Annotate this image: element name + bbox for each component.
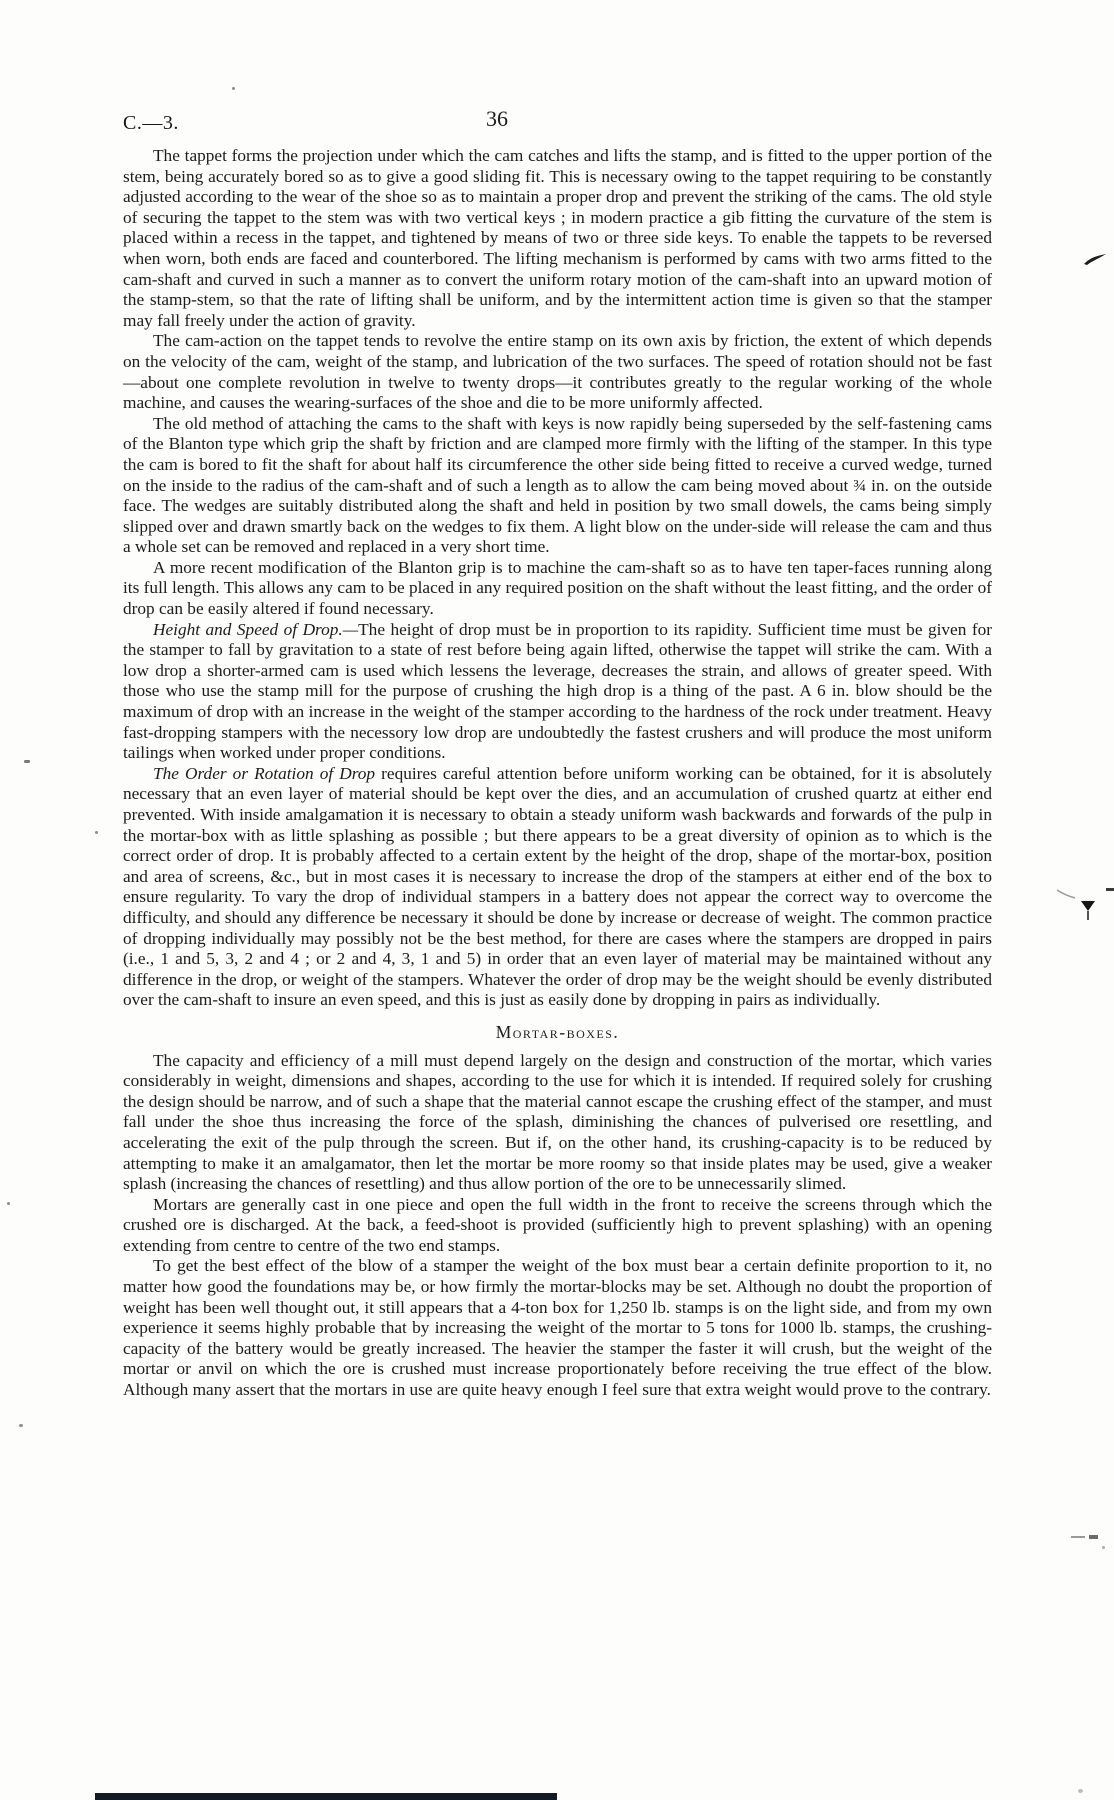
paragraph-text: Mortars are generally cast in one piece … (123, 1195, 992, 1255)
scanned-document-page: C.—3. 36 The tappet forms the projection… (0, 0, 1114, 1800)
scan-edge-artifact (95, 1793, 557, 1800)
paragraph-mortar-casting: Mortars are generally cast in one piece … (123, 1195, 992, 1257)
paragraph-height-speed-of-drop: Height and Speed of Drop.—The height of … (123, 620, 992, 764)
paragraph-blanton-cams: The old method of attaching the cams to … (123, 414, 992, 558)
scan-speck (1102, 1546, 1105, 1549)
paragraph-box-weight: To get the best effect of the blow of a … (123, 1256, 992, 1400)
paragraph-text: To get the best effect of the blow of a … (123, 1256, 992, 1399)
pen-mark-arrow (1080, 900, 1096, 924)
scan-speck (7, 1202, 10, 1205)
paragraph-cam-action: The cam-action on the tappet tends to re… (123, 331, 992, 413)
paragraph-text: The capacity and efficiency of a mill mu… (123, 1051, 992, 1194)
paragraph-order-of-drop: The Order or Rotation of Drop requires c… (123, 764, 992, 1011)
paragraph-text: The old method of attaching the cams to … (123, 414, 992, 557)
paragraph-text: The cam-action on the tappet tends to re… (123, 331, 992, 412)
section-label: C.—3. (123, 112, 179, 135)
paragraph-lead-italic: Height and Speed of Drop.— (153, 620, 358, 639)
pencil-mark-dash (1089, 1535, 1098, 1539)
paragraph-lead-italic: The Order or Rotation of Drop (153, 764, 375, 783)
pen-mark-swoosh (1083, 253, 1107, 267)
paragraph-text: requires careful attention before unifor… (123, 764, 992, 1010)
paragraph-text: A more recent modification of the Blanto… (123, 558, 992, 618)
paragraph-mortar-capacity: The capacity and efficiency of a mill mu… (123, 1051, 992, 1195)
section-heading-mortar-boxes: Mortar-boxes. (123, 1022, 992, 1043)
scan-speck (1078, 1789, 1083, 1793)
pencil-mark-dash (1071, 1536, 1085, 1538)
paragraph-tappet: The tappet forms the projection under wh… (123, 146, 992, 331)
scan-speck (24, 760, 30, 763)
document-body: The tappet forms the projection under wh… (123, 146, 992, 1401)
scan-speck (95, 831, 98, 834)
scan-speck (232, 87, 235, 90)
paragraph-blanton-grip-modification: A more recent modification of the Blanto… (123, 558, 992, 620)
scan-speck (19, 1424, 23, 1427)
paragraph-text: The tappet forms the projection under wh… (123, 146, 992, 330)
paragraph-text: The height of drop must be in proportion… (123, 620, 992, 763)
page-number: 36 (486, 106, 508, 132)
pencil-mark-diagonal (1056, 888, 1076, 900)
pencil-mark-dash (1106, 888, 1114, 891)
